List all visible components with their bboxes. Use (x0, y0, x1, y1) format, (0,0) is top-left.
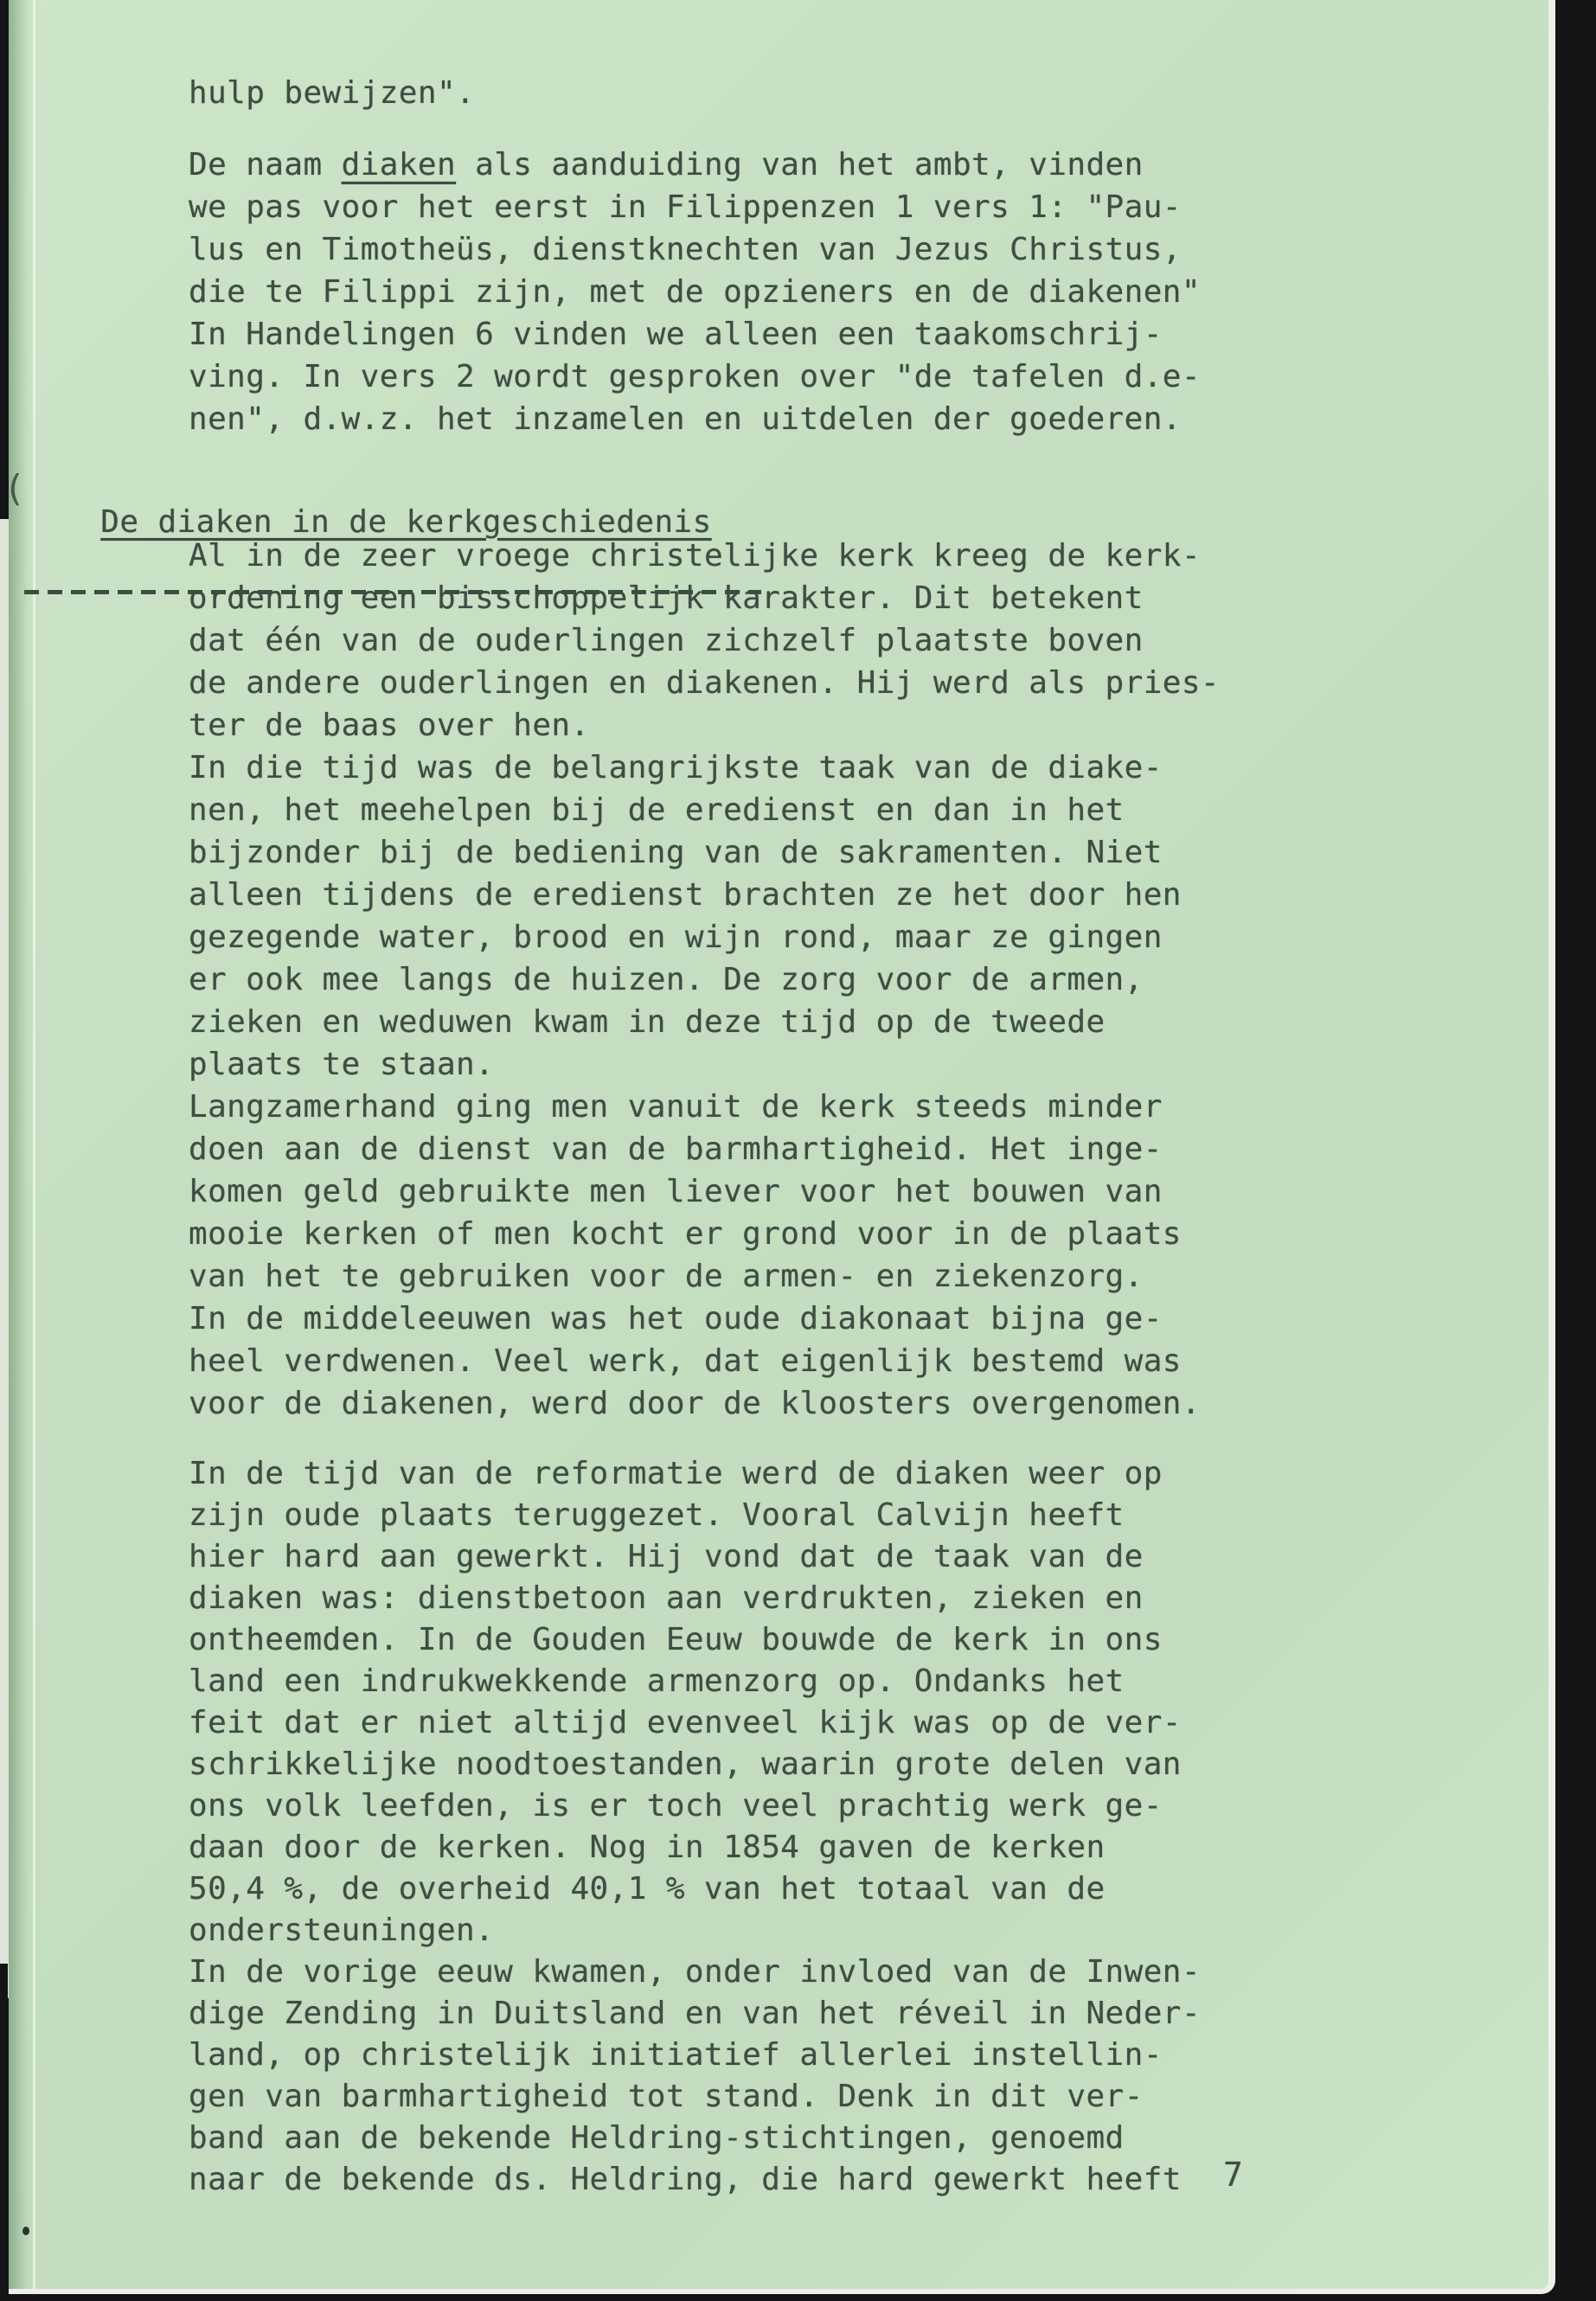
text-line: nen, het meehelpen bij de eredienst en d… (189, 789, 1220, 831)
text-line: voor de diakenen, werd door de kloosters… (189, 1382, 1220, 1425)
text-line: dige Zending in Duitsland en van het rév… (189, 1993, 1201, 2035)
paragraph-kerkgeschiedenis-reformatie: In de tijd van de reformatie werd de dia… (189, 1453, 1201, 2201)
text-line: ordening een bisschoppelijk karakter. Di… (189, 577, 1220, 619)
paragraph-kerkgeschiedenis-early: Al in de zeer vroege christelijke kerk k… (189, 535, 1220, 1425)
ink-speck (22, 2227, 29, 2235)
text-line: nen", d.w.z. het inzamelen en uitdelen d… (189, 398, 1201, 440)
text-line: Langzamerhand ging men vanuit de kerk st… (189, 1086, 1220, 1128)
text-line: diaken was: dienstbetoon aan verdrukten,… (189, 1578, 1201, 1619)
paragraph-naam-diaken: De naam diaken als aanduiding van het am… (189, 144, 1201, 440)
text-line: mooie kerken of men kocht er grond voor … (189, 1213, 1220, 1255)
text-line: In die tijd was de belangrijkste taak va… (189, 747, 1220, 789)
text-line: we pas voor het eerst in Filippenzen 1 v… (189, 186, 1201, 228)
text-line: In Handelingen 6 vinden we alleen een ta… (189, 313, 1201, 356)
text-line: band aan de bekende Heldring-stichtingen… (189, 2118, 1201, 2159)
text-line: die te Filippi zijn, met de opzieners en… (189, 271, 1201, 313)
text-line: hulp bewijzen". (189, 72, 475, 114)
text-line: ondersteuningen. (189, 1910, 1201, 1952)
text-line: er ook mee langs de huizen. De zorg voor… (189, 958, 1220, 1001)
text-line: ontheemden. In de Gouden Eeuw bouwde de … (189, 1619, 1201, 1661)
text-line: In de vorige eeuw kwamen, onder invloed … (189, 1952, 1201, 1993)
text-line: schrikkelijke noodtoestanden, waarin gro… (189, 1744, 1201, 1785)
stray-mark: ( (3, 467, 25, 510)
text-line: de andere ouderlingen en diakenen. Hij w… (189, 662, 1220, 704)
text-line: heel verdwenen. Veel werk, dat eigenlijk… (189, 1340, 1220, 1382)
text-line: In de tijd van de reformatie werd de dia… (189, 1453, 1201, 1495)
text-line: plaats te staan. (189, 1043, 1220, 1086)
text-line: zieken en weduwen kwam in deze tijd op d… (189, 1001, 1220, 1043)
text-line: land een indrukwekkende armenzorg op. On… (189, 1661, 1201, 1702)
page-spine-highlight (33, 0, 35, 2289)
underlined-word: diaken (342, 147, 456, 183)
text-line: zijn oude plaats teruggezet. Vooral Calv… (189, 1495, 1201, 1536)
text-line: land, op christelijk initiatief allerlei… (189, 2035, 1201, 2076)
page-number: 7 (1223, 2156, 1243, 2194)
text-line: lus en Timotheüs, dienstknechten van Jez… (189, 228, 1201, 271)
text-line: gezegende water, brood en wijn rond, maa… (189, 916, 1220, 958)
text-line: doen aan de dienst van de barmhartigheid… (189, 1128, 1220, 1170)
document-page: ( hulp bewijzen". De naam diaken als aan… (9, 0, 1555, 2294)
page-spine-shadow (9, 0, 35, 2289)
text-line: ving. In vers 2 wordt gesproken over "de… (189, 356, 1201, 398)
text-line: alleen tijdens de eredienst brachten ze … (189, 874, 1220, 916)
paragraph-intro: hulp bewijzen". (189, 72, 475, 114)
text-line: 50,4 %, de overheid 40,1 % van het totaa… (189, 1868, 1201, 1910)
text-line: gen van barmhartigheid tot stand. Denk i… (189, 2076, 1201, 2118)
text-line: komen geld gebruikte men liever voor het… (189, 1170, 1220, 1213)
text-line: feit dat er niet altijd evenveel kijk wa… (189, 1702, 1201, 1744)
text-line: bijzonder bij de bediening van de sakram… (189, 831, 1220, 874)
text-line: ter de baas over hen. (189, 704, 1220, 747)
text-line: van het te gebruiken voor de armen- en z… (189, 1255, 1220, 1298)
text-line: daan door de kerken. Nog in 1854 gaven d… (189, 1827, 1201, 1868)
text-line: Al in de zeer vroege christelijke kerk k… (189, 535, 1220, 577)
text-line: naar de bekende ds. Heldring, die hard g… (189, 2159, 1201, 2201)
scan-edge-dark-bottom (0, 1964, 8, 2301)
text-line: De naam diaken als aanduiding van het am… (189, 144, 1201, 186)
text-line: In de middeleeuwen was het oude diakonaa… (189, 1298, 1220, 1340)
text-line: dat één van de ouderlingen zichzelf plaa… (189, 619, 1220, 662)
text-line: ons volk leefden, is er toch veel pracht… (189, 1785, 1201, 1827)
text-line: hier hard aan gewerkt. Hij vond dat de t… (189, 1536, 1201, 1578)
